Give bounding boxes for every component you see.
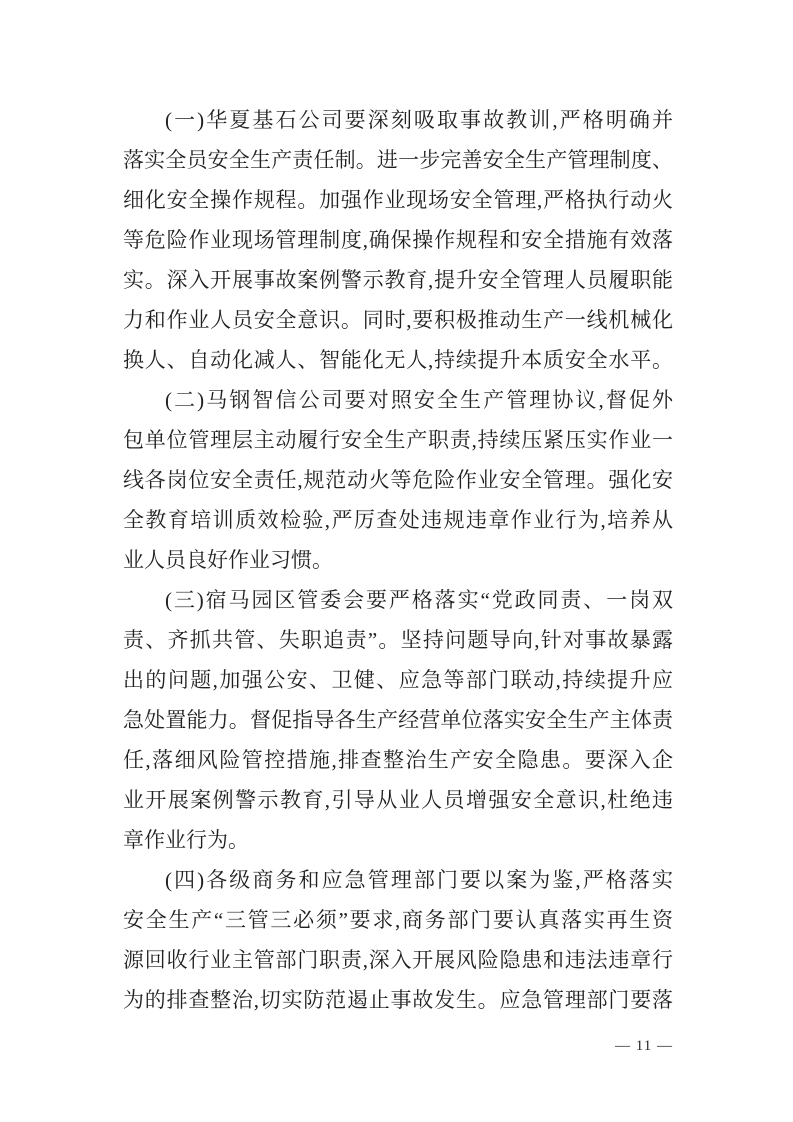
text-line: 安全生产“三管三必须”要求,商务部门要认真落实再生资 xyxy=(123,900,673,940)
text-line: 任,落细风险管控措施,排查整治生产安全隐患。要深入企 xyxy=(123,740,673,780)
text-line: (一)华夏基石公司要深刻吸取事故教训,严格明确并 xyxy=(123,100,673,140)
text-line: 力和作业人员安全意识。同时,要积极推动生产一线机械化 xyxy=(123,300,673,340)
text-line: (二)马钢智信公司要对照安全生产管理协议,督促外 xyxy=(123,380,673,420)
text-line: 等危险作业现场管理制度,确保操作规程和安全措施有效落 xyxy=(123,220,673,260)
text-line: 全教育培训质效检验,严厉查处违规违章作业行为,培养从 xyxy=(123,500,673,540)
page-number: — 11 — xyxy=(615,1036,673,1056)
text-line: 出的问题,加强公安、卫健、应急等部门联动,持续提升应 xyxy=(123,660,673,700)
text-line: 章作业行为。 xyxy=(123,820,673,860)
text-line: 业人员良好作业习惯。 xyxy=(123,540,673,580)
text-line: (三)宿马园区管委会要严格落实“党政同责、一岗双 xyxy=(123,580,673,620)
document-page: (一)华夏基石公司要深刻吸取事故教训,严格明确并 落实全员安全生产责任制。进一步… xyxy=(0,0,793,1122)
text-line: 为的排查整治,切实防范遏止事故发生。应急管理部门要落 xyxy=(123,980,673,1020)
text-line: 实。深入开展事故案例警示教育,提升安全管理人员履职能 xyxy=(123,260,673,300)
paragraph-4: (四)各级商务和应急管理部门要以案为鉴,严格落实 安全生产“三管三必须”要求,商… xyxy=(123,860,673,1020)
text-line: 急处置能力。督促指导各生产经营单位落实安全生产主体责 xyxy=(123,700,673,740)
text-line: 包单位管理层主动履行安全生产职责,持续压紧压实作业一 xyxy=(123,420,673,460)
document-body: (一)华夏基石公司要深刻吸取事故教训,严格明确并 落实全员安全生产责任制。进一步… xyxy=(123,100,673,1020)
text-line: 细化安全操作规程。加强作业现场安全管理,严格执行动火 xyxy=(123,180,673,220)
text-line: 落实全员安全生产责任制。进一步完善安全生产管理制度、 xyxy=(123,140,673,180)
paragraph-2: (二)马钢智信公司要对照安全生产管理协议,督促外 包单位管理层主动履行安全生产职… xyxy=(123,380,673,580)
text-line: 线各岗位安全责任,规范动火等危险作业安全管理。强化安 xyxy=(123,460,673,500)
paragraph-3: (三)宿马园区管委会要严格落实“党政同责、一岗双 责、齐抓共管、失职追责”。坚持… xyxy=(123,580,673,860)
text-line: 业开展案例警示教育,引导从业人员增强安全意识,杜绝违 xyxy=(123,780,673,820)
text-line: (四)各级商务和应急管理部门要以案为鉴,严格落实 xyxy=(123,860,673,900)
text-line: 换人、自动化减人、智能化无人,持续提升本质安全水平。 xyxy=(123,340,673,380)
paragraph-1: (一)华夏基石公司要深刻吸取事故教训,严格明确并 落实全员安全生产责任制。进一步… xyxy=(123,100,673,380)
text-line: 责、齐抓共管、失职追责”。坚持问题导向,针对事故暴露 xyxy=(123,620,673,660)
text-line: 源回收行业主管部门职责,深入开展风险隐患和违法违章行 xyxy=(123,940,673,980)
